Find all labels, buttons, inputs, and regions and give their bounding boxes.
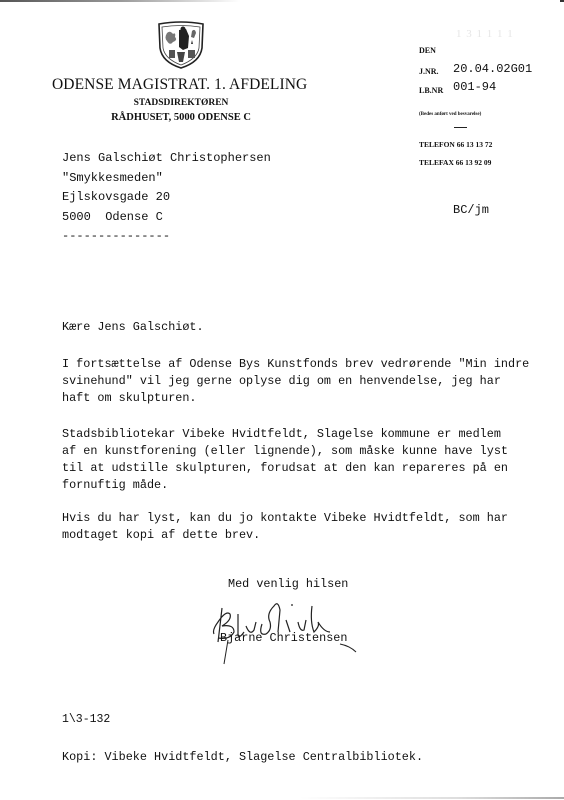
paragraph-line: af en kunstforening (eller lignende), so… bbox=[62, 443, 532, 460]
department-name: STADSDIREKTØREN bbox=[0, 98, 362, 108]
paragraph-1: I fortsættelse af Odense Bys Kunstfonds … bbox=[62, 356, 532, 407]
salutation: Kære Jens Galschiøt. bbox=[62, 319, 532, 336]
telefax: TELEFAX 66 13 92 09 bbox=[419, 158, 491, 167]
scan-mark bbox=[560, 0, 564, 2]
reference-note: (Bedes anført ved besvarelse) bbox=[419, 112, 481, 117]
file-reference: 1\3-132 bbox=[62, 713, 110, 726]
copy-recipient: Kopi: Vibeke Hvidtfeldt, Slagelse Centra… bbox=[62, 750, 423, 764]
serial-number-label: LB.NR bbox=[419, 86, 443, 95]
date-label: DEN bbox=[419, 46, 436, 55]
organization-name: ODENSE MAGISTRAT. 1. AFDELING bbox=[52, 76, 307, 94]
recipient-address: Jens Galschiøt Christophersen "Smykkesme… bbox=[62, 149, 271, 247]
paragraph-line: svinehund" vil jeg gerne oplyse dig om e… bbox=[62, 373, 532, 390]
scan-edge-bottom bbox=[300, 797, 564, 799]
handwritten-signature-icon bbox=[200, 586, 380, 666]
recipient-street: Ejlskovsgade 20 bbox=[62, 188, 271, 208]
paragraph-line: fornuftig måde. bbox=[62, 477, 532, 494]
recipient-underline: --------------- bbox=[62, 227, 271, 247]
recipient-company: "Smykkesmeden" bbox=[62, 169, 271, 189]
telephone: TELEFON 66 13 13 72 bbox=[419, 140, 492, 149]
coat-of-arms-icon bbox=[155, 20, 207, 70]
paragraph-2: Stadsbibliotekar Vibeke Hvidtfeldt, Slag… bbox=[62, 426, 532, 494]
paragraph-3: Hvis du har lyst, kan du jo kontakte Vib… bbox=[62, 510, 532, 544]
journal-number-value: 20.04.02G01 bbox=[453, 62, 532, 76]
paragraph-line: til at udstille skulpturen, forudsat at … bbox=[62, 460, 532, 477]
paragraph-line: Stadsbibliotekar Vibeke Hvidtfeldt, Slag… bbox=[62, 426, 532, 443]
received-stamp: 1 3 1 1 1 1 bbox=[456, 28, 514, 40]
paragraph-line: I fortsættelse af Odense Bys Kunstfonds … bbox=[62, 356, 532, 373]
recipient-name: Jens Galschiøt Christophersen bbox=[62, 149, 271, 169]
paragraph-line: Hvis du har lyst, kan du jo kontakte Vib… bbox=[62, 510, 532, 527]
initials: BC/jm bbox=[453, 203, 489, 217]
salutation-text: Kære Jens Galschiøt. bbox=[62, 319, 532, 336]
paragraph-line: haft om skulpturen. bbox=[62, 390, 532, 407]
journal-number-label: J.NR. bbox=[419, 67, 439, 76]
divider bbox=[454, 127, 467, 128]
serial-number-value: 001-94 bbox=[453, 80, 496, 94]
scan-edge-top bbox=[0, 0, 240, 2]
paragraph-line: modtaget kopi af dette brev. bbox=[62, 527, 532, 544]
signer-name: Bjarne Christensen bbox=[220, 631, 347, 645]
recipient-city: 5000 Odense C bbox=[62, 208, 271, 228]
organization-address: RÅDHUSET, 5000 ODENSE C bbox=[0, 112, 362, 123]
